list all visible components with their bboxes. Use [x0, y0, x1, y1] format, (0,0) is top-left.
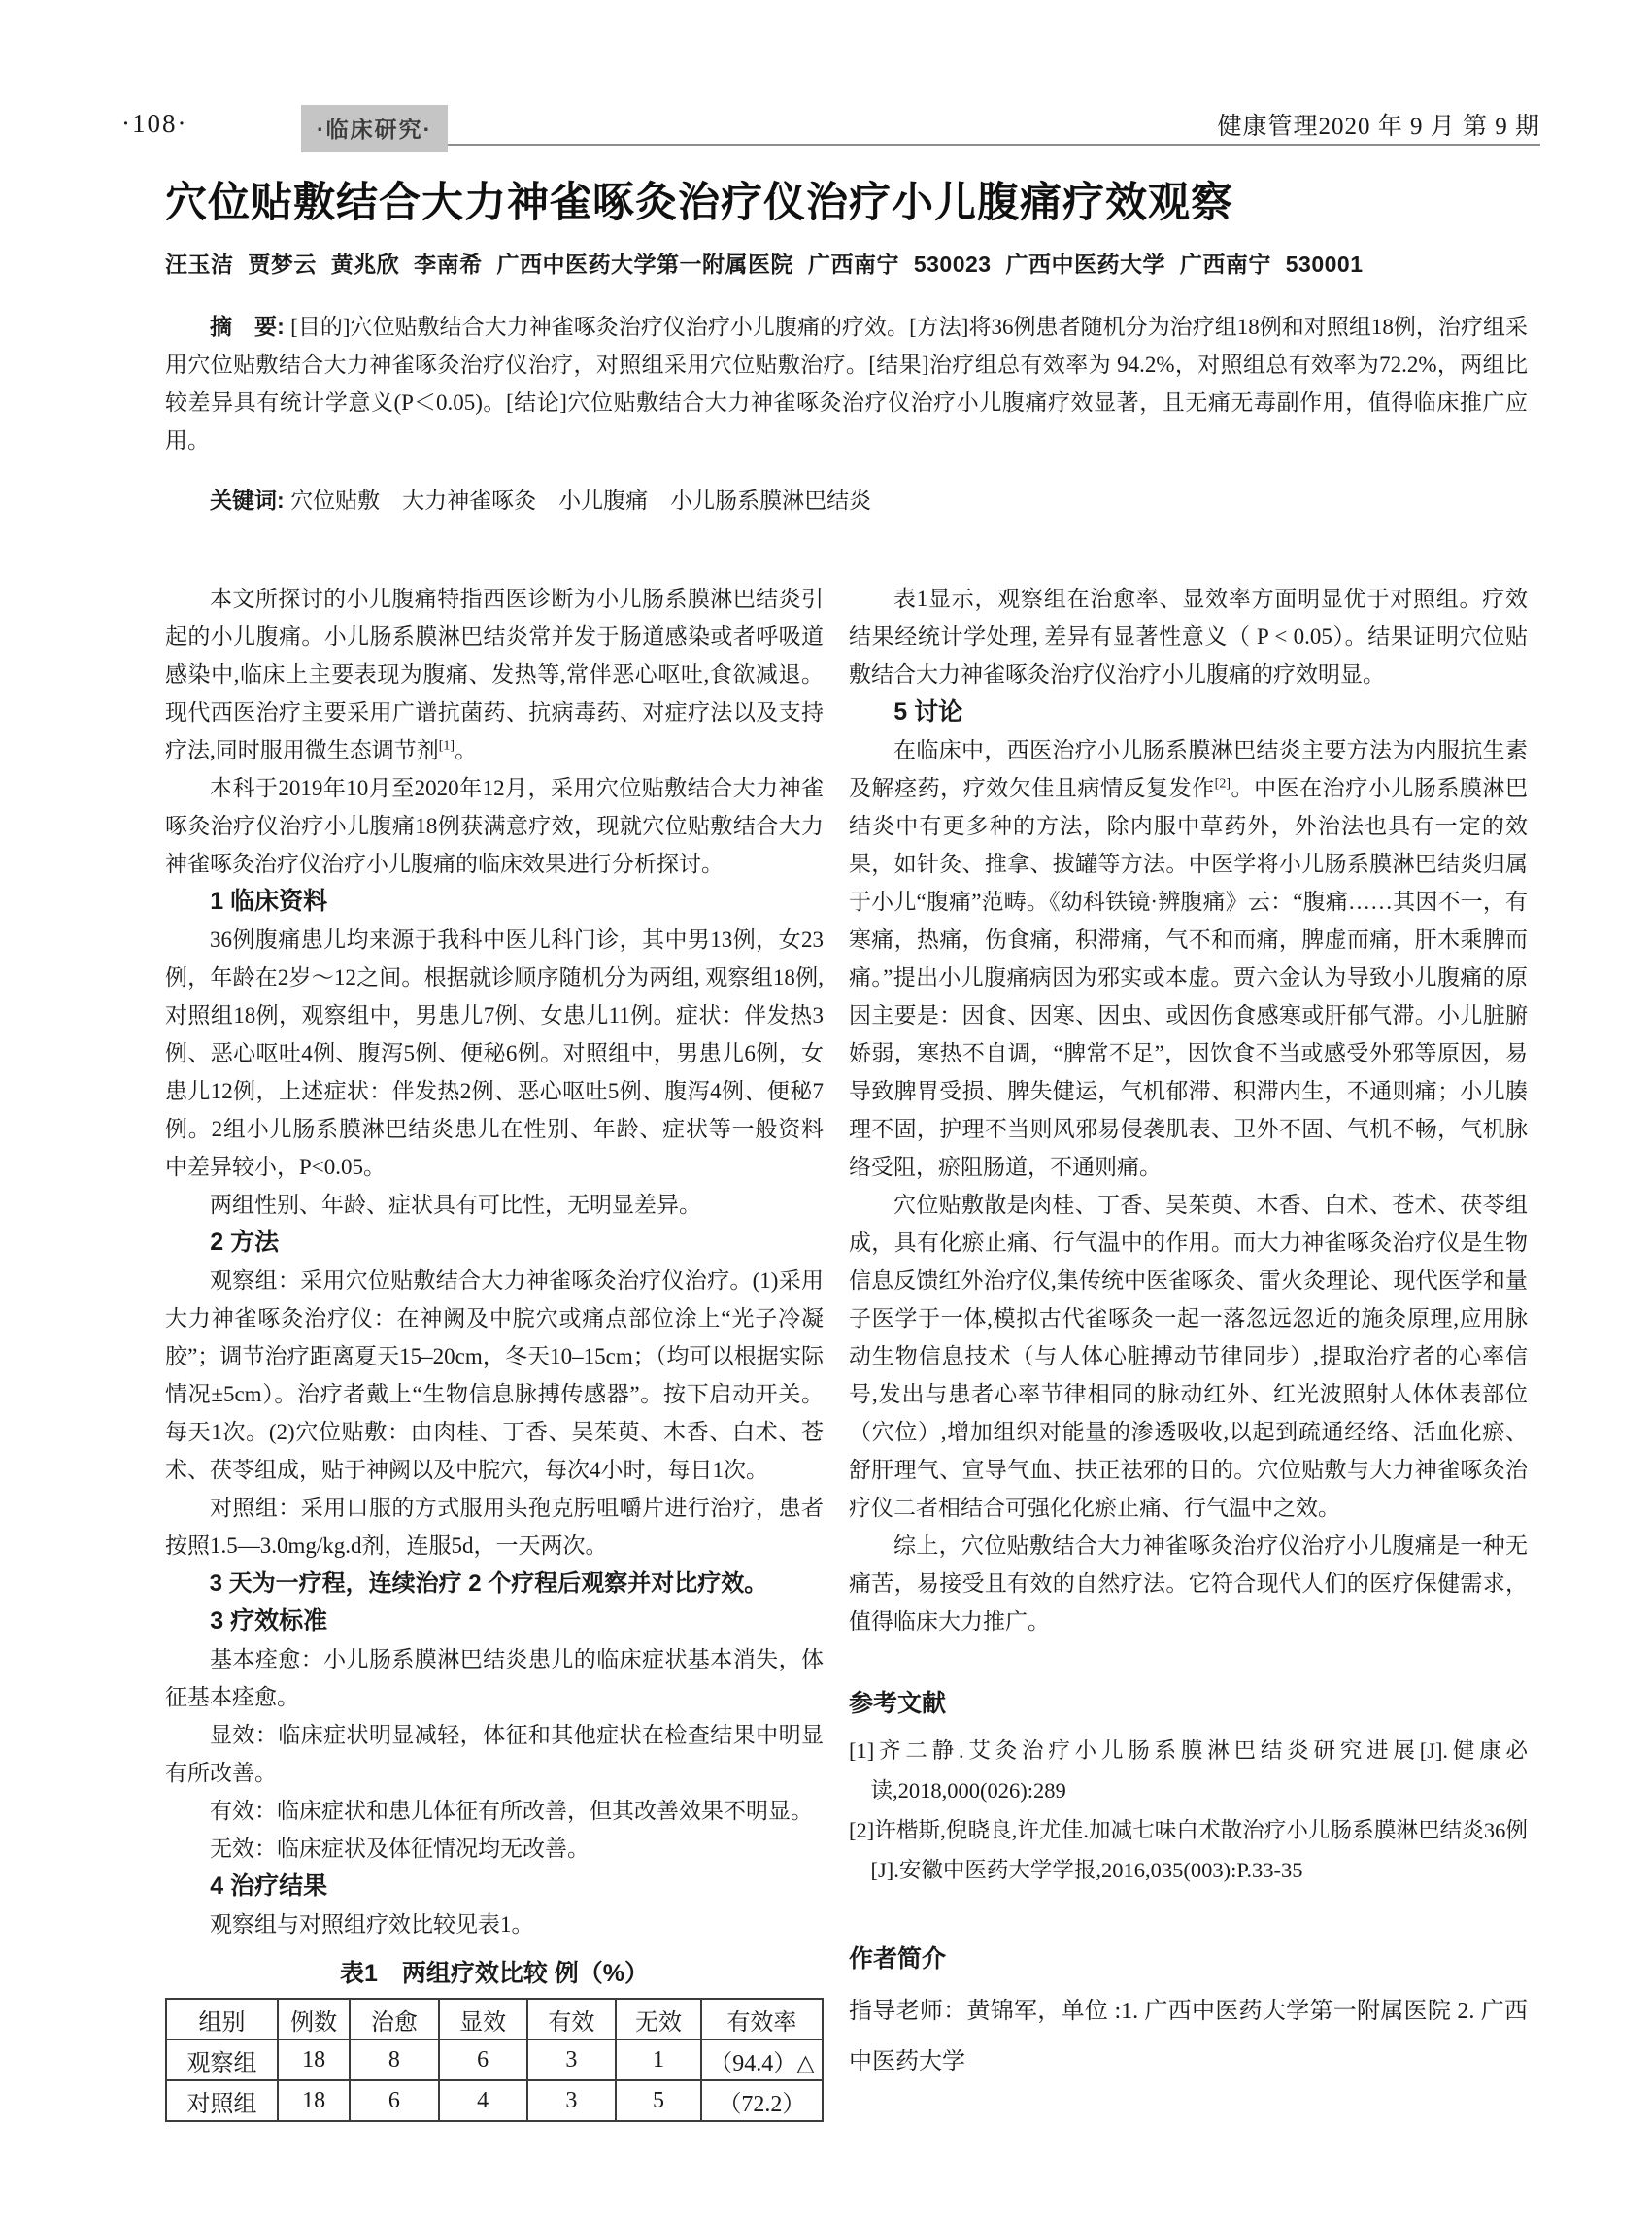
table-header-cell: 治愈: [350, 1999, 438, 2040]
table-cell: 观察组: [166, 2040, 278, 2080]
table-header-cell: 有效率: [701, 1999, 823, 2040]
table-cell: 5: [616, 2080, 701, 2121]
paragraph: 在临床中，西医治疗小儿肠系膜淋巴结炎主要方法为内服抗生素及解痉药，疗效欠佳且病情…: [849, 731, 1528, 1186]
author-bio-text: 指导老师：黄锦军，单位 :1. 广西中医药大学第一附属医院 2. 广西中医药大学: [849, 1986, 1528, 2087]
section-badge: ·临床研究·: [301, 105, 448, 152]
journal-page: ·108· ·临床研究· 健康管理2020 年 9 月 第 9 期 穴位贴敷结合…: [0, 0, 1652, 2225]
paragraph: 穴位贴敷散是肉桂、丁香、吴茱萸、木香、白术、苍术、茯苓组成，具有化瘀止痛、行气温…: [849, 1186, 1528, 1527]
author-bio-heading: 作者简介: [849, 1940, 1528, 1978]
article-title: 穴位贴敷结合大力神雀啄灸治疗仪治疗小儿腹痛疗效观察: [165, 173, 1528, 233]
article-body: 穴位贴敷结合大力神雀啄灸治疗仪治疗小儿腹痛疗效观察 汪玉洁 贾梦云 黄兆欣 李南…: [165, 173, 1528, 2122]
table-cell: （94.4）△: [701, 2040, 823, 2080]
paragraph: 36例腹痛患儿均来源于我科中医儿科门诊，其中男13例，女23例，年龄在2岁～12…: [165, 921, 824, 1186]
table-cell: （72.2）: [701, 2080, 823, 2121]
paragraph: 本文所探讨的小儿腹痛特指西医诊断为小儿肠系膜淋巴结炎引起的小儿腹痛。小儿肠系膜淋…: [165, 580, 824, 769]
authors-affiliations: 汪玉洁 贾梦云 黄兆欣 李南希 广西中医药大学第一附属医院 广西南宁 53002…: [165, 247, 1528, 279]
table-header-cell: 组别: [166, 1999, 278, 2040]
right-column: 表1显示，观察组在治愈率、显效率方面明显优于对照组。疗效结果经统计学处理, 差异…: [849, 580, 1528, 2122]
table-cell: 3: [527, 2080, 616, 2121]
table-cell: 4: [439, 2080, 527, 2121]
table-row: 观察组 18 8 6 3 1 （94.4）△: [166, 2040, 823, 2080]
journal-info: 健康管理2020 年 9 月 第 9 期: [1217, 107, 1540, 142]
keywords-text: 穴位贴敷 大力神雀啄灸 小儿腹痛 小儿肠系膜淋巴结炎: [290, 489, 871, 513]
table-header-cell: 有效: [527, 1999, 616, 2040]
table-caption: 表1 两组疗效比较 例（%）: [165, 1953, 824, 1994]
table-header-row: 组别 例数 治愈 显效 有效 无效 有效率: [166, 1999, 823, 2040]
header-rule: [301, 144, 1540, 146]
abstract: 摘 要: [目的]穴位贴敷结合大力神雀啄灸治疗仪治疗小儿腹痛的疗效。[方法]将3…: [165, 308, 1528, 459]
references-heading: 参考文献: [849, 1685, 1528, 1723]
section-heading-3: 3 疗效标准: [165, 1602, 824, 1640]
abstract-text: [目的]穴位贴敷结合大力神雀啄灸治疗仪治疗小儿腹痛的疗效。[方法]将36例患者随…: [165, 315, 1528, 453]
table-header-cell: 无效: [616, 1999, 701, 2040]
paragraph: 无效：临床症状及体征情况均无改善。: [165, 1830, 824, 1868]
paragraph: 表1显示，观察组在治愈率、显效率方面明显优于对照组。疗效结果经统计学处理, 差异…: [849, 580, 1528, 693]
table-row: 对照组 18 6 4 3 5 （72.2）: [166, 2080, 823, 2121]
paragraph: 两组性别、年龄、症状具有可比性，无明显差异。: [165, 1186, 824, 1224]
section-heading-2: 2 方法: [165, 1224, 824, 1262]
two-column-layout: 本文所探讨的小儿腹痛特指西医诊断为小儿肠系膜淋巴结炎引起的小儿腹痛。小儿肠系膜淋…: [165, 580, 1528, 2122]
treatment-course-note: 3 天为一疗程，连续治疗 2 个疗程后观察并对比疗效。: [165, 1565, 824, 1602]
citation-marker: [2]: [1215, 776, 1231, 791]
page-number: ·108·: [121, 109, 187, 139]
keywords: 关键词: 穴位贴敷 大力神雀啄灸 小儿腹痛 小儿肠系膜淋巴结炎: [165, 482, 1528, 520]
page-header: ·108· ·临床研究· 健康管理2020 年 9 月 第 9 期: [121, 105, 1540, 152]
paragraph: 有效：临床症状和患儿体征有所改善，但其改善效果不明显。: [165, 1792, 824, 1830]
paragraph: 本科于2019年10月至2020年12月，采用穴位贴敷结合大力神雀啄灸治疗仪治疗…: [165, 769, 824, 883]
table-header-cell: 例数: [278, 1999, 350, 2040]
section-heading-4: 4 治疗结果: [165, 1868, 824, 1905]
paragraph: 对照组：采用口服的方式服用头孢克肟咀嚼片进行治疗，患者按照1.5—3.0mg/k…: [165, 1489, 824, 1565]
table-cell: 6: [439, 2040, 527, 2080]
citation-marker: [1]: [439, 738, 455, 753]
results-table: 组别 例数 治愈 显效 有效 无效 有效率 观察组 18 8 6 3: [165, 1998, 824, 2122]
table-cell: 6: [350, 2080, 438, 2121]
table-cell: 18: [278, 2080, 350, 2121]
table-cell: 18: [278, 2040, 350, 2080]
table-cell: 对照组: [166, 2080, 278, 2121]
paragraph: 观察组与对照组疗效比较见表1。: [165, 1905, 824, 1943]
table-cell: 3: [527, 2040, 616, 2080]
abstract-label: 摘 要:: [210, 314, 290, 339]
table-cell: 1: [616, 2040, 701, 2080]
paragraph: 观察组：采用穴位贴敷结合大力神雀啄灸治疗仪治疗。(1)采用大力神雀啄灸治疗仪：在…: [165, 1262, 824, 1489]
paragraph: 显效：临床症状明显减轻，体征和其他症状在检查结果中明显有所改善。: [165, 1716, 824, 1792]
section-heading-5: 5 讨论: [849, 693, 1528, 731]
table-header-cell: 显效: [439, 1999, 527, 2040]
paragraph: 综上，穴位贴敷结合大力神雀啄灸治疗仪治疗小儿腹痛是一种无痛苦，易接受且有效的自然…: [849, 1527, 1528, 1640]
table-cell: 8: [350, 2040, 438, 2080]
reference-item: [2]许楷斯,倪晓良,许尤佳.加减七味白术散治疗小儿肠系膜淋巴结炎36例[J].…: [849, 1810, 1528, 1890]
keywords-label: 关键词:: [210, 488, 290, 513]
section-heading-1: 1 临床资料: [165, 883, 824, 921]
left-column: 本文所探讨的小儿腹痛特指西医诊断为小儿肠系膜淋巴结炎引起的小儿腹痛。小儿肠系膜淋…: [165, 580, 824, 2122]
reference-item: [1]齐二静.艾灸治疗小儿肠系膜淋巴结炎研究进展[J].健康必读,2018,00…: [849, 1731, 1528, 1810]
paragraph: 基本痊愈：小儿肠系膜淋巴结炎患儿的临床症状基本消失，体征基本痊愈。: [165, 1640, 824, 1716]
